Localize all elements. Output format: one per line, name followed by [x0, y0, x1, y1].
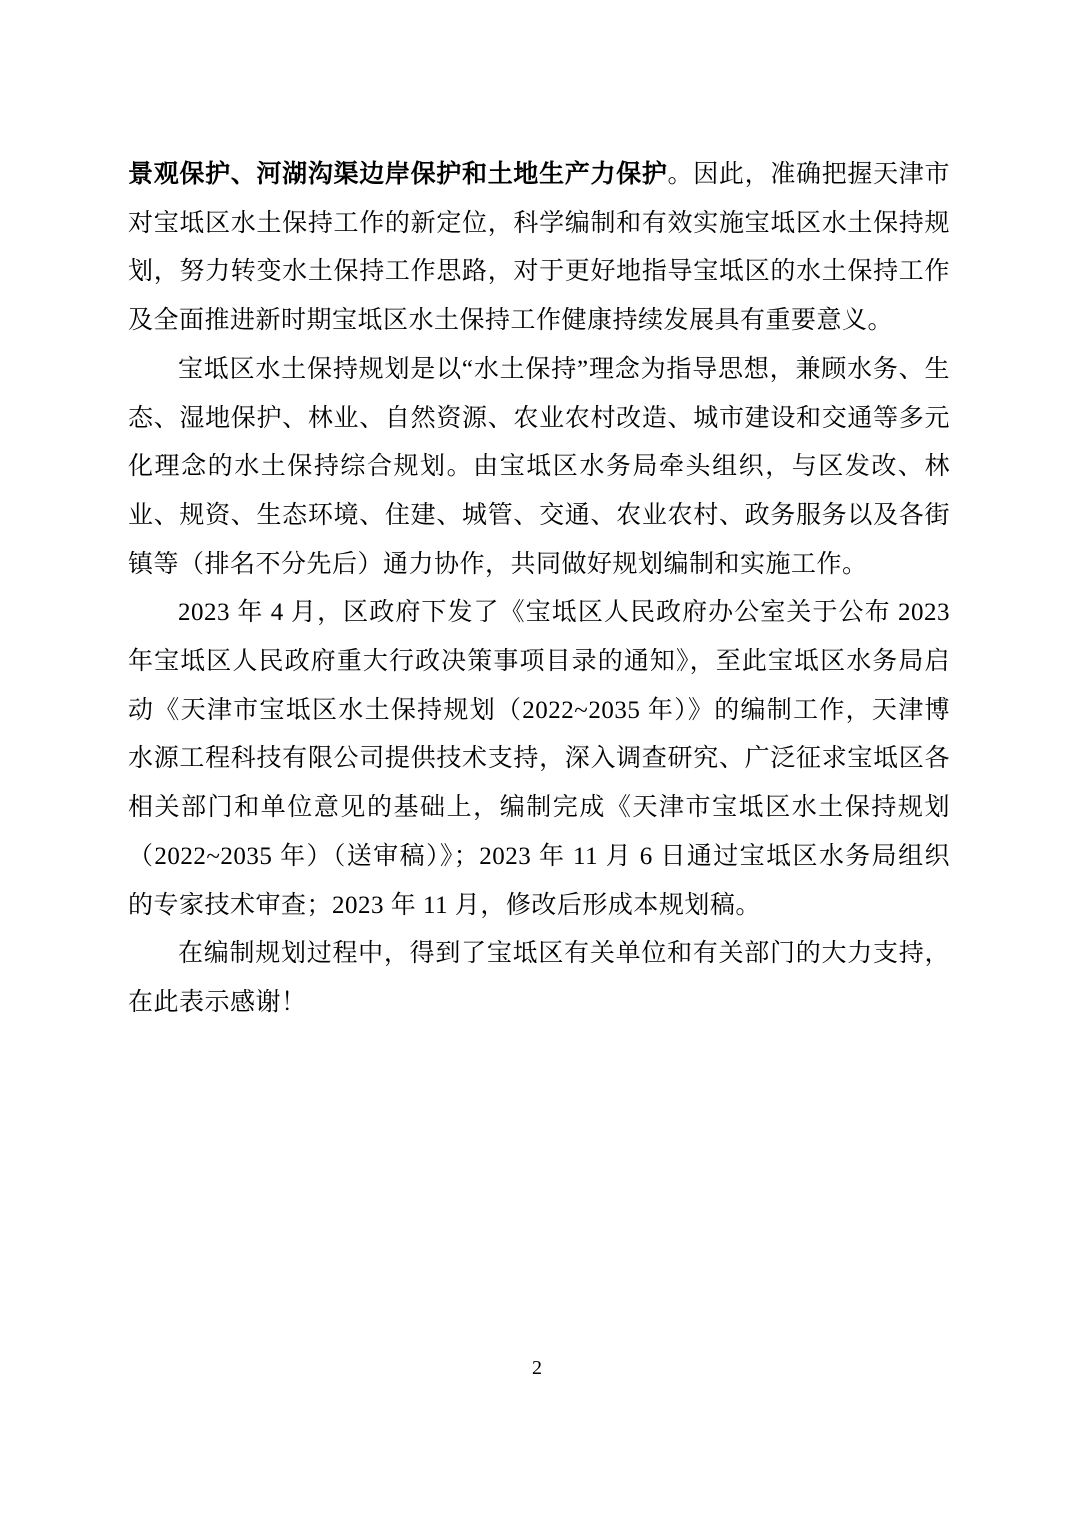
document-page: 景观保护、河湖沟渠边岸保护和土地生产力保护。因此，准确把握天津市对宝坻区水土保持…	[0, 0, 1074, 1520]
page-body: 景观保护、河湖沟渠边岸保护和土地生产力保护。因此，准确把握天津市对宝坻区水土保持…	[128, 151, 950, 1028]
paragraph-3: 2023 年 4 月，区政府下发了《宝坻区人民政府办公室关于公布 2023 年宝…	[128, 589, 950, 930]
paragraph-1: 景观保护、河湖沟渠边岸保护和土地生产力保护。因此，准确把握天津市对宝坻区水土保持…	[128, 151, 950, 346]
paragraph-2: 宝坻区水土保持规划是以“水土保持”理念为指导思想，兼顾水务、生态、湿地保护、林业…	[128, 346, 950, 590]
page-number: 2	[0, 1356, 1074, 1380]
paragraph-4: 在编制规划过程中，得到了宝坻区有关单位和有关部门的大力支持，在此表示感谢！	[128, 930, 950, 1027]
paragraph-1-bold-lead: 景观保护、河湖沟渠边岸保护和土地生产力保护	[128, 161, 668, 188]
